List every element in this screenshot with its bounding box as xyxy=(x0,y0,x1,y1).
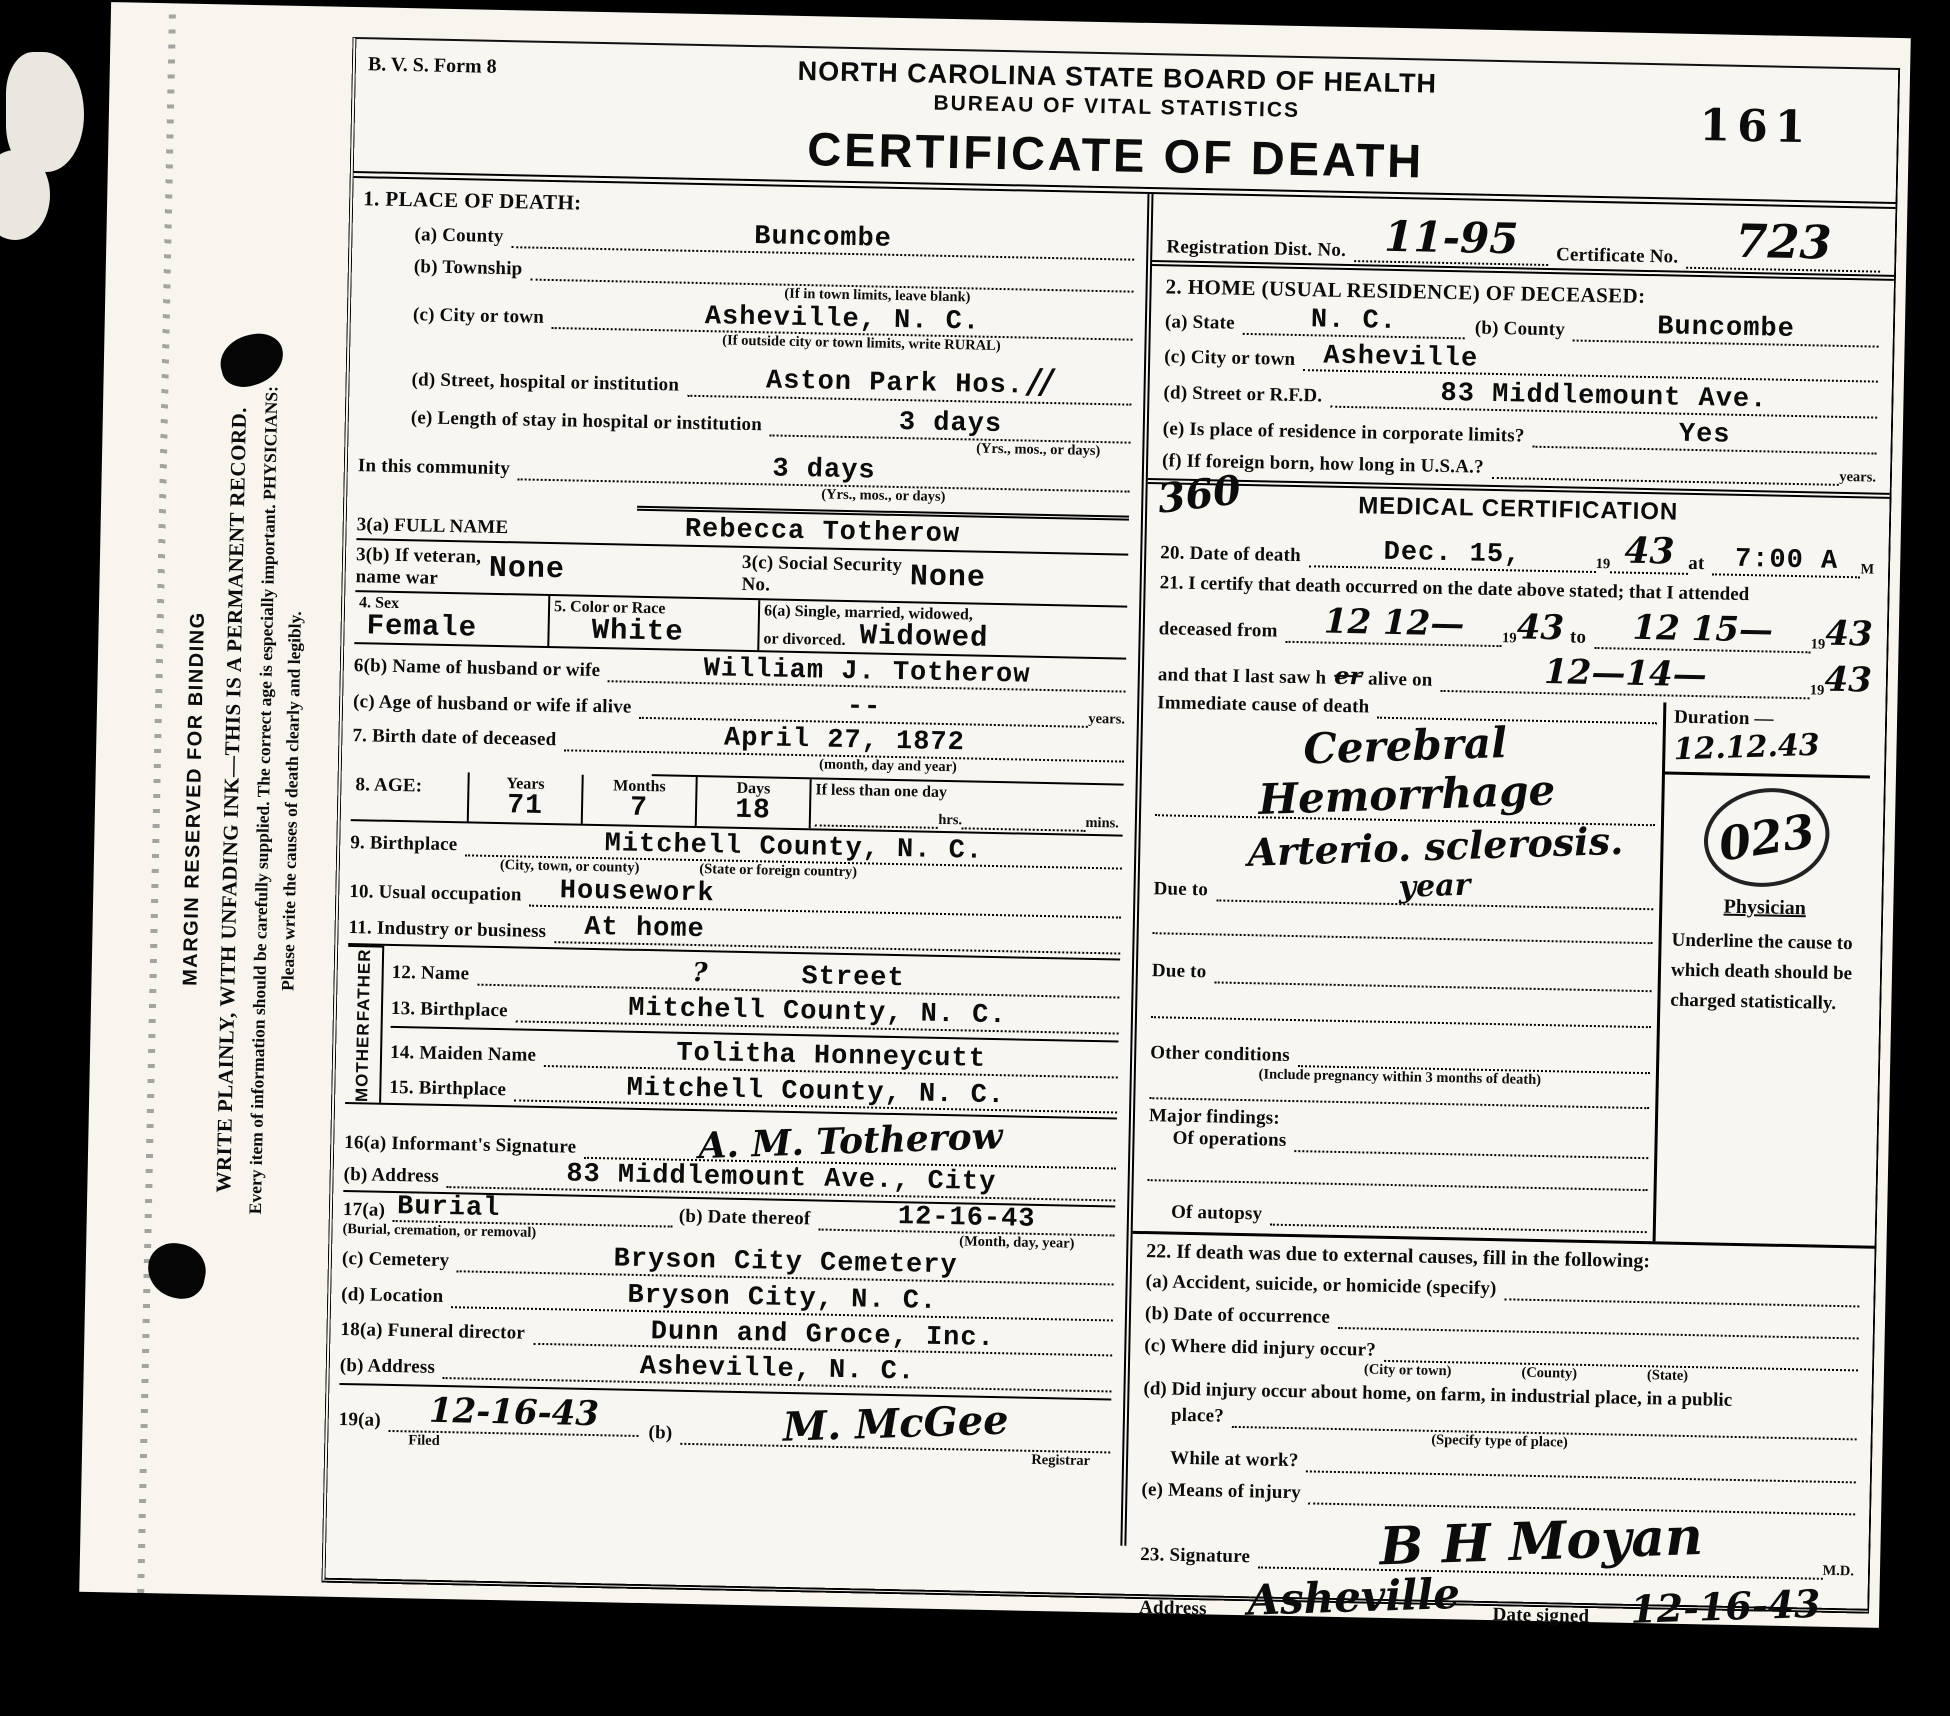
field-autopsy: Of autopsy xyxy=(1171,1201,1647,1233)
md-label: M.D. xyxy=(1822,1562,1854,1580)
attended-from-value: 12 12— xyxy=(1323,601,1464,644)
time-of-death-value: 7:00 A xyxy=(1735,548,1839,576)
field-foreign-born: (f) If foreign born, how long in U.S.A.?… xyxy=(1162,450,1876,486)
while-at-work-label: While at work? xyxy=(1170,1447,1307,1472)
age-days-value: 18 xyxy=(735,797,771,824)
physician-signature-label: 23. Signature xyxy=(1140,1544,1258,1568)
attended-from-label: deceased from xyxy=(1159,618,1286,643)
cemetery-value: Bryson City Cemetery xyxy=(613,1248,958,1281)
certificate-no-label: Certificate No. xyxy=(1556,244,1687,269)
age-less-label: If less than one day xyxy=(815,781,1119,805)
duration-value: 12.12.43 xyxy=(1673,727,1820,767)
accident-blank xyxy=(1504,1292,1859,1307)
street-hospital-value: Aston Park Hos. xyxy=(766,370,1025,401)
other-conditions-label: Other conditions xyxy=(1150,1042,1298,1067)
major-findings: Major findings: Of operations xyxy=(1148,1105,1649,1159)
funeral-director-value: Dunn and Groce, Inc. xyxy=(651,1320,996,1353)
birthplace-hint1: (City, town, or county) xyxy=(500,857,640,877)
last-saw-label: and that I last saw h xyxy=(1158,664,1335,690)
field-last-saw-alive: and that I last saw h er alive on 12—14—… xyxy=(1158,644,1873,700)
full-name-value: Rebecca Totherow xyxy=(685,517,961,548)
mother-maiden-label: 14. Maiden Name xyxy=(390,1041,544,1066)
birth-date-value: April 27, 1872 xyxy=(724,727,965,757)
last-saw-h-scrawl: er xyxy=(1334,660,1362,690)
home-county-label: (b) County xyxy=(1475,317,1574,341)
field-mother-maiden-name: 14. Maiden Name Tolitha Honneycutt xyxy=(390,1036,1118,1078)
father-side-label: FATHER xyxy=(347,945,383,1024)
physician-sidebar: Duration — 12.12.43 023 Physician Underl… xyxy=(1653,702,1872,1245)
field-accident: (a) Accident, suicide, or homicide (spec… xyxy=(1145,1271,1859,1307)
due-to-1-label: Due to xyxy=(1153,878,1216,901)
field-date-occurrence: (b) Date of occurrence xyxy=(1145,1303,1859,1339)
foreign-born-blank xyxy=(1492,470,1840,485)
father-birthplace-label: 13. Birthplace xyxy=(391,998,516,1023)
blank-line xyxy=(1151,1010,1651,1028)
immediate-cause-label: Immediate cause of death xyxy=(1157,692,1378,718)
age-label: 8. AGE: xyxy=(355,774,430,796)
occupation-label: 10. Usual occupation xyxy=(349,881,530,907)
ssn-value: None xyxy=(910,563,987,593)
burial-location-value: Bryson City, N. C. xyxy=(627,1284,937,1316)
left-column: 1. PLACE OF DEATH: (a) County Buncombe (… xyxy=(327,178,1154,1546)
street-hand-mark: // xyxy=(1028,362,1054,402)
county-value: Buncombe xyxy=(754,225,892,253)
full-name-label: 3(a) FULL NAME xyxy=(356,514,516,539)
city-value: Asheville, N. C. xyxy=(705,305,981,336)
parents-block: FATHER MOTHER 12. Name ? Street 13. Birt… xyxy=(345,945,1120,1120)
veteran-label: 3(b) If veteran, xyxy=(356,544,490,569)
date-signed-value: 12-16-43 xyxy=(1630,1580,1822,1631)
community-label: In this community xyxy=(358,455,519,480)
informant-signature-value: A. M. Totherow xyxy=(698,1115,1003,1167)
informant-address-label: (b) Address xyxy=(343,1164,447,1188)
informant-address-value: 83 Middlemount Ave., City xyxy=(566,1163,997,1197)
industry-value: At home xyxy=(584,916,705,944)
to-year-prefix: 19 xyxy=(1811,636,1826,653)
medical-margin-note-handwritten: 360 xyxy=(1155,466,1244,523)
cause-of-death-block: Immediate cause of death Cerebral Hemorr… xyxy=(1147,692,1872,1245)
of-autopsy-label: Of autopsy xyxy=(1171,1201,1271,1225)
statistical-code-value: 023 xyxy=(1715,803,1818,871)
blank-line xyxy=(1148,1173,1648,1191)
field-physician-signature: 23. Signature B H Moyan M.D. xyxy=(1140,1503,1855,1580)
attended-to-value: 12 15— xyxy=(1632,607,1773,650)
duration-box: Duration — 12.12.43 xyxy=(1665,702,1871,778)
age-years-value: 71 xyxy=(507,793,543,820)
director-address-label: (b) Address xyxy=(340,1355,444,1379)
street-hospital-label: (d) Street, hospital or institution xyxy=(411,369,687,397)
corporate-limits-value: Yes xyxy=(1679,423,1731,450)
right-column: Registration Dist. No. 11-95 Certificate… xyxy=(1126,194,1895,1561)
birth-date-label: 7. Birth date of deceased xyxy=(352,725,564,751)
registrar-label: (b) xyxy=(648,1422,680,1445)
place-label: place? xyxy=(1171,1404,1232,1427)
home-city-value: Asheville xyxy=(1323,344,1478,373)
date-of-death-value: Dec. 15, xyxy=(1383,541,1521,569)
from-year-value: 43 xyxy=(1516,607,1564,648)
date-year-prefix: 19 xyxy=(1596,556,1611,573)
field-home-city: (c) City or town Asheville xyxy=(1164,341,1878,383)
burial-date-value: 12-16-43 xyxy=(898,1205,1036,1233)
filed-date-value: 12-16-43 xyxy=(429,1391,600,1434)
father-name-value: Street xyxy=(801,965,905,993)
accident-label: (a) Accident, suicide, or homicide (spec… xyxy=(1145,1271,1504,1300)
home-section: 2. HOME (USUAL RESIDENCE) OF DECEASED: (… xyxy=(1148,266,1894,498)
date-year-value: 43 xyxy=(1624,529,1675,572)
row-state-county: (a) State N. C. (b) County Buncombe xyxy=(1165,305,1879,347)
mother-side-label: MOTHER xyxy=(345,1023,381,1103)
sex-value: Female xyxy=(366,613,477,643)
last-saw-value: 12—14— xyxy=(1544,652,1707,695)
home-city-label: (c) City or town xyxy=(1164,347,1303,372)
father-name-label: 12. Name xyxy=(391,962,477,986)
external-causes-section: 22. If death was due to external causes,… xyxy=(1125,1233,1875,1633)
state-hint: (State) xyxy=(1647,1367,1688,1385)
field-county: (a) County Buncombe xyxy=(414,218,1134,260)
spouse-age-value: -- xyxy=(847,695,882,721)
spouse-name-label: 6(b) Name of husband or wife xyxy=(354,655,609,682)
burial-type-value: Burial xyxy=(397,1195,501,1223)
marital-label2: or divorced. xyxy=(763,630,845,650)
birthplace-label: 9. Birthplace xyxy=(350,832,466,856)
home-state-label: (a) State xyxy=(1165,311,1243,335)
due-to-2-blank xyxy=(1214,975,1652,992)
birthplace-value: Mitchell County, N. C. xyxy=(604,832,983,865)
while-at-work-blank xyxy=(1306,1464,1856,1483)
of-operations-label: Of operations xyxy=(1172,1127,1294,1151)
at-label: at xyxy=(1688,552,1713,574)
date-occurrence-label: (b) Date of occurrence xyxy=(1145,1303,1338,1329)
header-center: NORTH CAROLINA STATE BOARD OF HEALTH BUR… xyxy=(601,52,1632,193)
alive-on-label: alive on xyxy=(1362,668,1441,692)
corporate-limits-label: (e) Is place of residence in corporate l… xyxy=(1163,418,1533,447)
home-state-value: N. C. xyxy=(1311,308,1398,335)
certificate-no-value: 723 xyxy=(1735,214,1832,270)
field-mother-birthplace: 15. Birthplace Mitchell County, N. C. xyxy=(389,1071,1117,1117)
township-label: (b) Township xyxy=(414,256,531,280)
stamp-number: 161 xyxy=(1630,73,1881,155)
spouse-age-label: (c) Age of husband or wife if alive xyxy=(353,691,640,719)
burial-date-label: (b) Date thereof xyxy=(679,1206,819,1231)
veteran-label2: name war xyxy=(355,566,489,591)
field-father-name: 12. Name ? Street xyxy=(391,952,1120,999)
field-due-to-2: Due to xyxy=(1152,960,1652,992)
home-street-value: 83 Middlemount Ave. xyxy=(1440,382,1767,414)
county-label: (a) County xyxy=(414,224,512,248)
certificate-page: MARGIN RESERVED FOR BINDING WRITE PLAINL… xyxy=(79,2,1911,1628)
registration-dist-value: 11-95 xyxy=(1384,212,1519,264)
binding-margin: MARGIN RESERVED FOR BINDING WRITE PLAINL… xyxy=(141,3,353,1596)
industry-label: 11. Industry or business xyxy=(348,917,554,943)
foreign-born-suffix: years. xyxy=(1839,468,1876,486)
medical-section: 360 MEDICAL CERTIFICATION 20. Date of de… xyxy=(1133,484,1890,1249)
spouse-name-value: William J. Totherow xyxy=(703,657,1030,689)
home-street-label: (d) Street or R.F.D. xyxy=(1163,382,1330,407)
veteran-value: None xyxy=(489,555,566,585)
father-name-prefix-handwritten: ? xyxy=(692,958,708,988)
physician-address-value: Asheville xyxy=(1247,1569,1461,1625)
age-months-value: 7 xyxy=(630,795,648,822)
burial-type-label: 17(a) xyxy=(343,1199,394,1222)
occupation-value: Housework xyxy=(559,880,714,909)
marital-value: Widowed xyxy=(859,622,988,652)
autopsy-blank xyxy=(1270,1217,1647,1233)
age-hrs-blank xyxy=(815,818,939,828)
registrar-signature-value: M. McGee xyxy=(782,1396,1009,1450)
to-year-value: 43 xyxy=(1825,613,1873,654)
immediate-cause-value: Cerebral Hemorrhage xyxy=(1159,713,1654,827)
father-birthplace-value: Mitchell County, N. C. xyxy=(628,997,1007,1030)
length-of-stay-value: 3 days xyxy=(899,411,1003,439)
director-address-value: Asheville, N. C. xyxy=(640,1355,916,1386)
date-occurrence-blank xyxy=(1338,1321,1859,1339)
operations-blank xyxy=(1294,1144,1648,1159)
community-value: 3 days xyxy=(772,457,876,485)
funeral-director-label: 18(a) Funeral director xyxy=(340,1319,533,1345)
home-county-value: Buncombe xyxy=(1657,315,1795,343)
where-injury-label: (c) Where did injury occur? xyxy=(1144,1335,1384,1362)
saw-year-value: 43 xyxy=(1824,659,1872,700)
burial-location-label: (d) Location xyxy=(341,1284,452,1308)
field-burial-location: (d) Location Bryson City, N. C. xyxy=(341,1278,1113,1321)
due-to-1-value: Arterio. sclerosis. xyxy=(1247,817,1624,874)
meridiem-label: M xyxy=(1860,561,1874,578)
county-hint: (County) xyxy=(1521,1364,1577,1382)
filed-label: 19(a) xyxy=(339,1409,390,1432)
age-mins-blank xyxy=(962,821,1086,831)
field-funeral-director: 18(a) Funeral director Dunn and Groce, I… xyxy=(340,1314,1112,1357)
date-signed-label: Date signed xyxy=(1492,1604,1597,1628)
row-filed: 19(a) 12-16-43 Filed (b) M. McGee Regist… xyxy=(338,1389,1111,1470)
field-father-birthplace: 13. Birthplace Mitchell County, N. C. xyxy=(391,992,1120,1042)
race-value: White xyxy=(591,617,684,646)
age-mins-label: mins. xyxy=(1085,814,1119,832)
spouse-age-suffix: years. xyxy=(1088,711,1125,729)
mother-maiden-value: Tolitha Honneycutt xyxy=(676,1042,986,1074)
mother-birthplace-value: Mitchell County, N. C. xyxy=(626,1076,1005,1109)
age-hrs-label: hrs. xyxy=(938,812,962,829)
field-street-hospital: (d) Street, hospital or institution Asto… xyxy=(411,349,1132,405)
physician-address-label: Address xyxy=(1139,1597,1215,1621)
informant-signature-label: 16(a) Informant's Signature xyxy=(344,1132,584,1159)
field-corporate-limits: (e) Is place of residence in corporate l… xyxy=(1163,412,1877,454)
field-date-of-death: 20. Date of death Dec. 15, 19 43 at 7:00… xyxy=(1160,520,1875,578)
saw-year-prefix: 19 xyxy=(1810,682,1825,699)
cemetery-label: (c) Cemetery xyxy=(342,1248,458,1272)
attended-to-label: to xyxy=(1564,626,1595,649)
from-year-prefix: 19 xyxy=(1502,630,1517,647)
duration-label: Duration — xyxy=(1674,706,1863,732)
registration-dist-label: Registration Dist. No. xyxy=(1166,236,1354,262)
birthplace-hint2: (State or foreign country) xyxy=(699,861,857,881)
means-of-injury-label: (e) Means of injury xyxy=(1141,1479,1309,1504)
underline-note: Underline the cause to which death shoul… xyxy=(1660,917,1867,1020)
field-due-to-1: Due to Arterio. sclerosis. year xyxy=(1153,818,1655,910)
date-of-death-label: 20. Date of death xyxy=(1160,542,1309,567)
blank-line xyxy=(1153,926,1653,944)
city-or-town-hint: (City or town) xyxy=(1364,1361,1452,1380)
mother-birthplace-label: 15. Birthplace xyxy=(389,1077,514,1102)
statistical-code-circle: 023 xyxy=(1696,779,1836,895)
due-to-1-trail: year xyxy=(1398,867,1471,904)
city-label: (c) City or town xyxy=(413,305,552,330)
ssn-label2: No. xyxy=(741,574,910,599)
form-number: B. V. S. Form 8 xyxy=(368,47,604,81)
field-home-street: (d) Street or R.F.D. 83 Middlemount Ave. xyxy=(1163,377,1877,419)
certificate-form: B. V. S. Form 8 NORTH CAROLINA STATE BOA… xyxy=(321,37,1900,1614)
physician-signature-value: B H Moyan xyxy=(1378,1505,1703,1576)
due-to-2-label: Due to xyxy=(1152,960,1215,983)
